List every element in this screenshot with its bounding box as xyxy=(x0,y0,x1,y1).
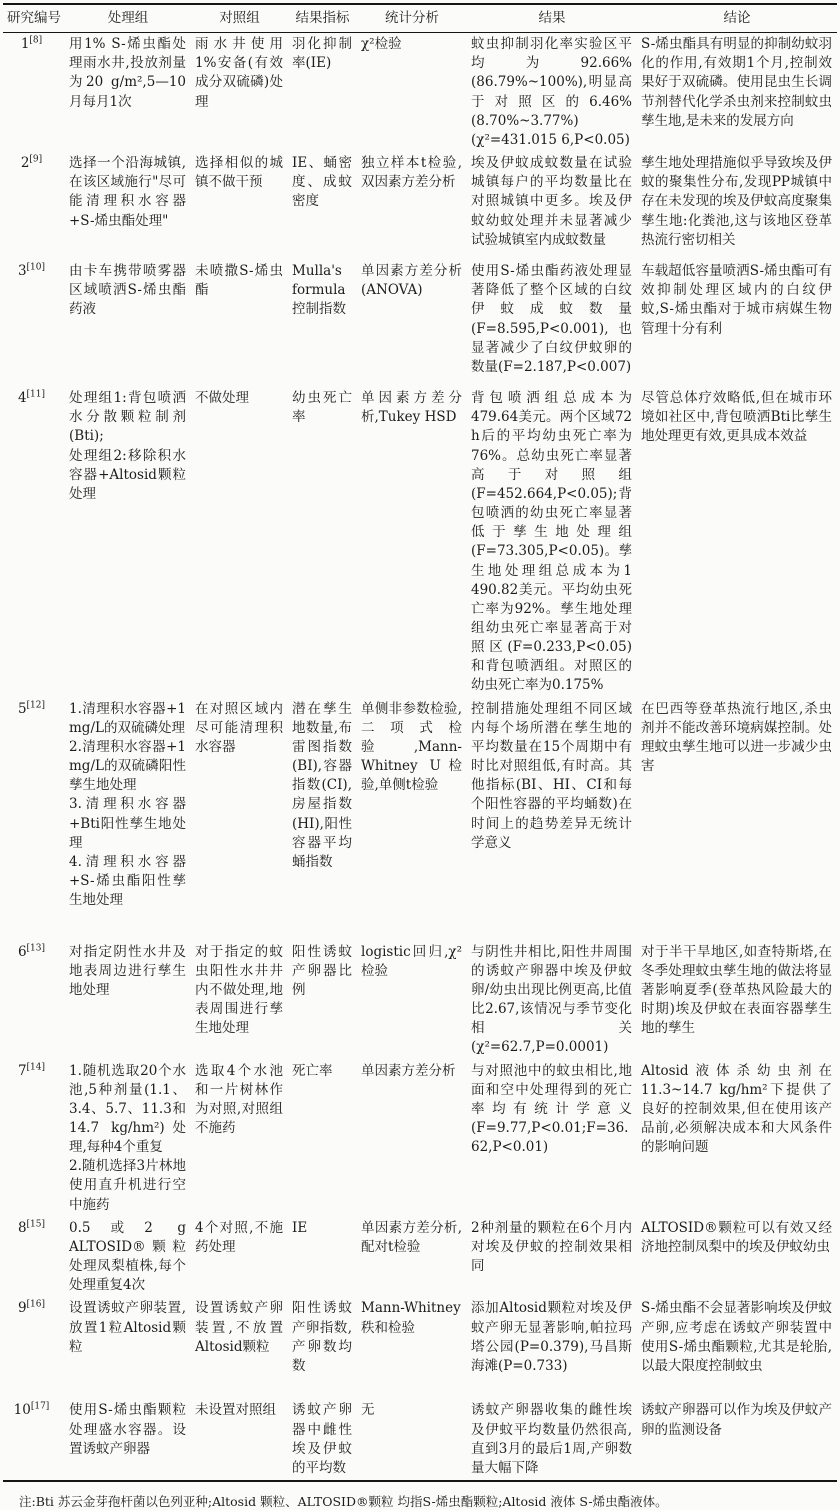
cell-treatment: 对指定阴性水井及地表周边进行孳生地处理 xyxy=(65,941,191,1060)
study-number: 3 xyxy=(18,263,27,279)
study-row-1: 1[8] 用1% S-烯虫酯处理雨水井,投放剂量为20 g/m²,5—10月每月… xyxy=(3,33,837,152)
cell-control: 未设置对照组 xyxy=(191,1399,288,1481)
reference-superscript: [17] xyxy=(31,1402,49,1412)
cell-study-no: 5[12] xyxy=(3,698,65,941)
cell-indicator: Mulla's formula控制指数 xyxy=(288,260,357,387)
reference-superscript: [10] xyxy=(27,263,45,273)
cell-result: 添加Altosid颗粒对埃及伊蚊产卵无显著影响,帕拉玛塔公园(P=0.379),… xyxy=(467,1297,637,1399)
reference-superscript: [16] xyxy=(27,1300,45,1310)
cell-result: 与对照池中的蚊虫相比,地面和空中处理得到的死亡率均有统计学意义(F=9.77,P… xyxy=(467,1060,637,1217)
study-row-6: 6[13] 对指定阴性水井及地表周边进行孳生地处理 对于指定的蚊虫阳性水井井内不… xyxy=(3,941,837,1060)
cell-conclusion: 尽管总体疗效略低,但在城市环境如社区中,背包喷洒Bti比孳生地处理更有效,更具成… xyxy=(637,387,837,698)
cell-treatment: 选择一个沿海城镇,在该区域施行"尽可能清理积水容器+S-烯虫酯处理" xyxy=(65,152,191,260)
reference-superscript: [13] xyxy=(27,943,45,953)
col-header-study-no: 研究编号 xyxy=(3,4,65,33)
cell-conclusion: 对于半干旱地区,如查特斯塔,在冬季处理蚊虫孳生地的做法将显著影响夏季(登革热风险… xyxy=(637,941,837,1060)
cell-result: 埃及伊蚊成蚊数量在试验城镇每户的平均数量比在对照城镇中更多。埃及伊蚊幼蚊处理并未… xyxy=(467,152,637,260)
cell-treatment: 用1% S-烯虫酯处理雨水井,投放剂量为20 g/m²,5—10月每月1次 xyxy=(65,33,191,152)
cell-indicator: 潜在孳生地数量,布雷图指数(BI),容器指数(CI),房屋指数(HI),阳性容器… xyxy=(288,698,357,941)
cell-analysis: 单侧非参数检验,二项式检验,Mann-Whitney U检验,单侧t检验 xyxy=(357,698,467,941)
cell-indicator: 羽化抑制率(IE) xyxy=(288,33,357,152)
cell-study-no: 6[13] xyxy=(3,941,65,1060)
cell-conclusion: Altosid液体杀幼虫剂在11.3~14.7 kg/hm²下提供了良好的控制效… xyxy=(637,1060,837,1217)
col-header-control: 对照组 xyxy=(191,4,288,33)
cell-result: 使用S-烯虫酯药液处理显著降低了整个区域的白纹伊蚊成蚊数量(F=8.595,P<… xyxy=(467,260,637,387)
cell-study-no: 4[11] xyxy=(3,387,65,698)
cell-conclusion: 孳生地处理措施似乎导致埃及伊蚊的聚集性分布,发现PP城镇中存在未发现的埃及伊蚊高… xyxy=(637,152,837,260)
cell-control: 对于指定的蚊虫阳性水井井内不做处理,地表周围进行孳生地处理 xyxy=(191,941,288,1060)
cell-indicator: 死亡率 xyxy=(288,1060,357,1217)
cell-control: 选择相似的城镇不做干预 xyxy=(191,152,288,260)
cell-conclusion: S-烯虫酯具有明显的抑制幼蚊羽化的作用,有效期1个月,控制效果好于双硫磷。使用昆… xyxy=(637,33,837,152)
cell-control: 设置诱蚊产卵装置,不放置Altosid颗粒 xyxy=(191,1297,288,1399)
study-number: 10 xyxy=(14,1402,31,1418)
study-row-9: 9[16] 设置诱蚊产卵装置,放置1粒Altosid颗粒 设置诱蚊产卵装置,不放… xyxy=(3,1297,837,1399)
col-header-result: 结果 xyxy=(467,4,637,33)
cell-conclusion: ALTOSID®颗粒可以有效又经济地控制凤梨中的埃及伊蚊幼虫 xyxy=(637,1217,837,1298)
cell-indicator: IE、蛹密度、成蚊密度 xyxy=(288,152,357,260)
cell-control: 选取4个水池和一片树林作为对照,对照组不施药 xyxy=(191,1060,288,1217)
cell-study-no: 10[17] xyxy=(3,1399,65,1481)
cell-analysis: χ²检验 xyxy=(357,33,467,152)
cell-indicator: 阳性诱蚊产卵指数,产卵数均数 xyxy=(288,1297,357,1399)
cell-control: 未喷撒S-烯虫酯 xyxy=(191,260,288,387)
reference-superscript: [15] xyxy=(27,1219,45,1229)
study-row-2: 2[9] 选择一个沿海城镇,在该区域施行"尽可能清理积水容器+S-烯虫酯处理" … xyxy=(3,152,837,260)
cell-treatment: 设置诱蚊产卵装置,放置1粒Altosid颗粒 xyxy=(65,1297,191,1399)
cell-analysis: 独立样本t检验,双因素方差分析 xyxy=(357,152,467,260)
reference-superscript: [11] xyxy=(27,390,45,400)
cell-indicator: 幼虫死亡率 xyxy=(288,387,357,698)
header-row: 研究编号 处理组 对照组 结果指标 统计分析 结果 结论 xyxy=(3,4,837,33)
cell-conclusion: 在巴西等登革热流行地区,杀虫剂并不能改善环境病媒控制。处理蚊虫孳生地可以进一步减… xyxy=(637,698,837,941)
table-footnote: 注:Bti 苏云金芽孢杆菌以色列亚种;Altosid 颗粒、ALTOSID®颗粒… xyxy=(3,1482,837,1510)
study-row-8: 8[15] 0.5或2 g ALTOSID®颗粒处理凤梨植株,每个处理重复4次 … xyxy=(3,1217,837,1298)
cell-treatment: 由卡车携带喷雾器区域喷洒S-烯虫酯药液 xyxy=(65,260,191,387)
study-row-10: 10[17] 使用S-烯虫酯颗粒处理盛水容器。设置诱蚊产卵器 未设置对照组 诱蚊… xyxy=(3,1399,837,1481)
cell-treatment: 处理组1:背包喷洒水分散颗粒制剂(Bti); 处理组2:移除积水容器+Altos… xyxy=(65,387,191,698)
cell-result: 2种剂量的颗粒在6个月内对埃及伊蚊的控制效果相同 xyxy=(467,1217,637,1298)
cell-analysis: 无 xyxy=(357,1399,467,1481)
reference-superscript: [8] xyxy=(29,36,42,46)
cell-conclusion: 车载超低容量喷洒S-烯虫酯可有效抑制处理区域内的白纹伊蚊,S-烯虫酯对于城市病媒… xyxy=(637,260,837,387)
study-number: 7 xyxy=(18,1063,27,1079)
cell-result: 控制措施处理组不同区域内每个场所潜在孳生地的平均数量在15个周期中有时比对照组低… xyxy=(467,698,637,941)
paper-table-page: 研究编号 处理组 对照组 结果指标 统计分析 结果 结论 1[8] 用1% S-… xyxy=(0,0,840,1510)
cell-indicator: 阳性诱蚊产卵器比例 xyxy=(288,941,357,1060)
study-row-4: 4[11] 处理组1:背包喷洒水分散颗粒制剂(Bti); 处理组2:移除积水容器… xyxy=(3,387,837,698)
cell-result: 背包喷洒组总成本为479.64美元。两个区域72 h后的平均幼虫死亡率为76%。… xyxy=(467,387,637,698)
cell-indicator: 诱蚊产卵器中雌性埃及伊蚊的平均数 xyxy=(288,1399,357,1481)
cell-result: 与阴性井相比,阳性井周围的诱蚊产卵器中埃及伊蚊卵/幼虫出现比例更高,比值比2.6… xyxy=(467,941,637,1060)
studies-table: 研究编号 处理组 对照组 结果指标 统计分析 结果 结论 1[8] 用1% S-… xyxy=(3,3,837,1482)
col-header-treatment: 处理组 xyxy=(65,4,191,33)
cell-result: 诱蚊产卵器收集的雌性埃及伊蚊平均数量仍然很高,直到3月的最后1周,产卵数量大幅下… xyxy=(467,1399,637,1481)
cell-analysis: 单因素方差分析 xyxy=(357,1060,467,1217)
study-number: 4 xyxy=(18,390,27,406)
cell-study-no: 9[16] xyxy=(3,1297,65,1399)
study-number: 6 xyxy=(18,944,27,960)
col-header-conclusion: 结论 xyxy=(637,4,837,33)
reference-superscript: [14] xyxy=(27,1062,45,1072)
study-row-3: 3[10] 由卡车携带喷雾器区域喷洒S-烯虫酯药液 未喷撒S-烯虫酯 Mulla… xyxy=(3,260,837,387)
cell-control: 在对照区域内尽可能清理积水容器 xyxy=(191,698,288,941)
cell-indicator: IE xyxy=(288,1217,357,1298)
cell-analysis: logistic回归,χ²检验 xyxy=(357,941,467,1060)
cell-treatment: 使用S-烯虫酯颗粒处理盛水容器。设置诱蚊产卵器 xyxy=(65,1399,191,1481)
cell-study-no: 2[9] xyxy=(3,152,65,260)
cell-study-no: 7[14] xyxy=(3,1060,65,1217)
cell-study-no: 3[10] xyxy=(3,260,65,387)
cell-result: 蚊虫抑制羽化率实验区平均为92.66%(86.79%~100%),明显高于对照区… xyxy=(467,33,637,152)
study-number: 5 xyxy=(18,701,27,717)
reference-superscript: [9] xyxy=(29,155,42,165)
cell-control: 不做处理 xyxy=(191,387,288,698)
cell-analysis: Mann-Whitney秩和检验 xyxy=(357,1297,467,1399)
cell-analysis: 单因素方差分析(ANOVA) xyxy=(357,260,467,387)
cell-analysis: 单因素方差分析,配对t检验 xyxy=(357,1217,467,1298)
cell-conclusion: S-烯虫酯不会显著影响埃及伊蚊产卵,应考虑在诱蚊产卵装置中使用S-烯虫酯颗粒,尤… xyxy=(637,1297,837,1399)
cell-control: 雨水井使用1%安备(有效成分双硫磷)处理 xyxy=(191,33,288,152)
cell-control: 4个对照,不施药处理 xyxy=(191,1217,288,1298)
cell-treatment: 1.随机选取20个水池,5种剂量(1.1、3.4、5.7、11.3和14.7 k… xyxy=(65,1060,191,1217)
study-row-5: 5[12] 1.清理积水容器+1 mg/L的双硫磷处理 2.清理积水容器+1 m… xyxy=(3,698,837,941)
reference-superscript: [12] xyxy=(27,700,45,710)
cell-study-no: 1[8] xyxy=(3,33,65,152)
cell-treatment: 1.清理积水容器+1 mg/L的双硫磷处理 2.清理积水容器+1 mg/L的双硫… xyxy=(65,698,191,941)
study-number: 9 xyxy=(18,1300,27,1316)
cell-study-no: 8[15] xyxy=(3,1217,65,1298)
col-header-indicator: 结果指标 xyxy=(288,4,357,33)
cell-treatment: 0.5或2 g ALTOSID®颗粒处理凤梨植株,每个处理重复4次 xyxy=(65,1217,191,1298)
cell-analysis: 单因素方差分析,Tukey HSD xyxy=(357,387,467,698)
study-row-7: 7[14] 1.随机选取20个水池,5种剂量(1.1、3.4、5.7、11.3和… xyxy=(3,1060,837,1217)
col-header-analysis: 统计分析 xyxy=(357,4,467,33)
cell-conclusion: 诱蚊产卵器可以作为埃及伊蚊产卵的监测设备 xyxy=(637,1399,837,1481)
study-number: 8 xyxy=(18,1220,27,1236)
